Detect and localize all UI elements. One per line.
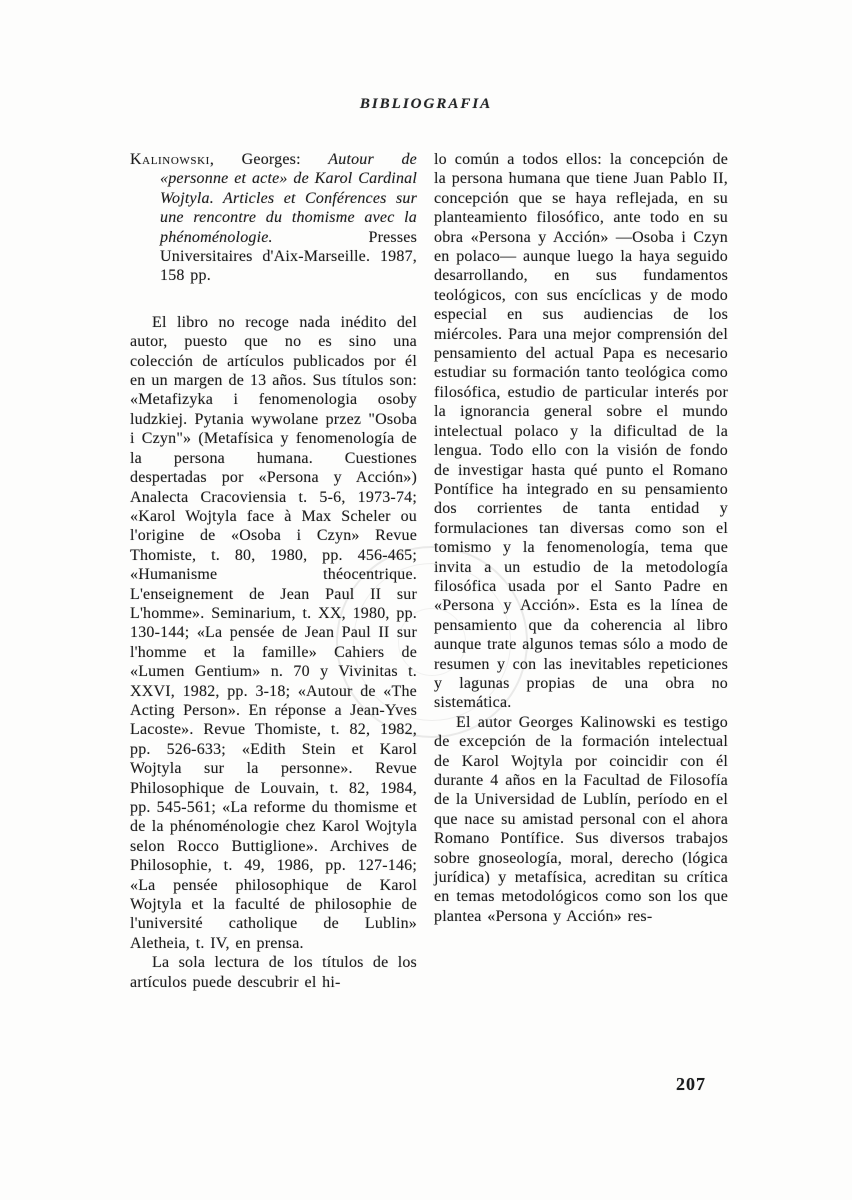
paragraph: lo común a todos ellos: la concepción de…: [434, 150, 728, 713]
left-column: Kalinowski, Georges: Autour de «personne…: [130, 150, 417, 992]
entry-author-surname: Kalinowski: [130, 151, 210, 168]
page-header: BIBLIOGRAFIA: [0, 96, 852, 113]
paragraph: El libro no recoge nada inédito del auto…: [130, 313, 417, 953]
bibliography-entry: Kalinowski, Georges: Autour de «personne…: [130, 150, 417, 286]
scanned-page: BIBLIOGRAFIA Kalinowski, Georges: Autour…: [0, 0, 852, 1200]
paragraph: El autor Georges Kalinowski es testigo d…: [434, 713, 728, 926]
right-column: lo común a todos ellos: la concepción de…: [434, 150, 728, 992]
paragraph: La sola lectura de los títulos de los ar…: [130, 953, 417, 992]
page-number: 207: [676, 1074, 706, 1095]
entry-author-rest: , Georges:: [210, 151, 328, 168]
text-columns: Kalinowski, Georges: Autour de «personne…: [130, 150, 728, 992]
